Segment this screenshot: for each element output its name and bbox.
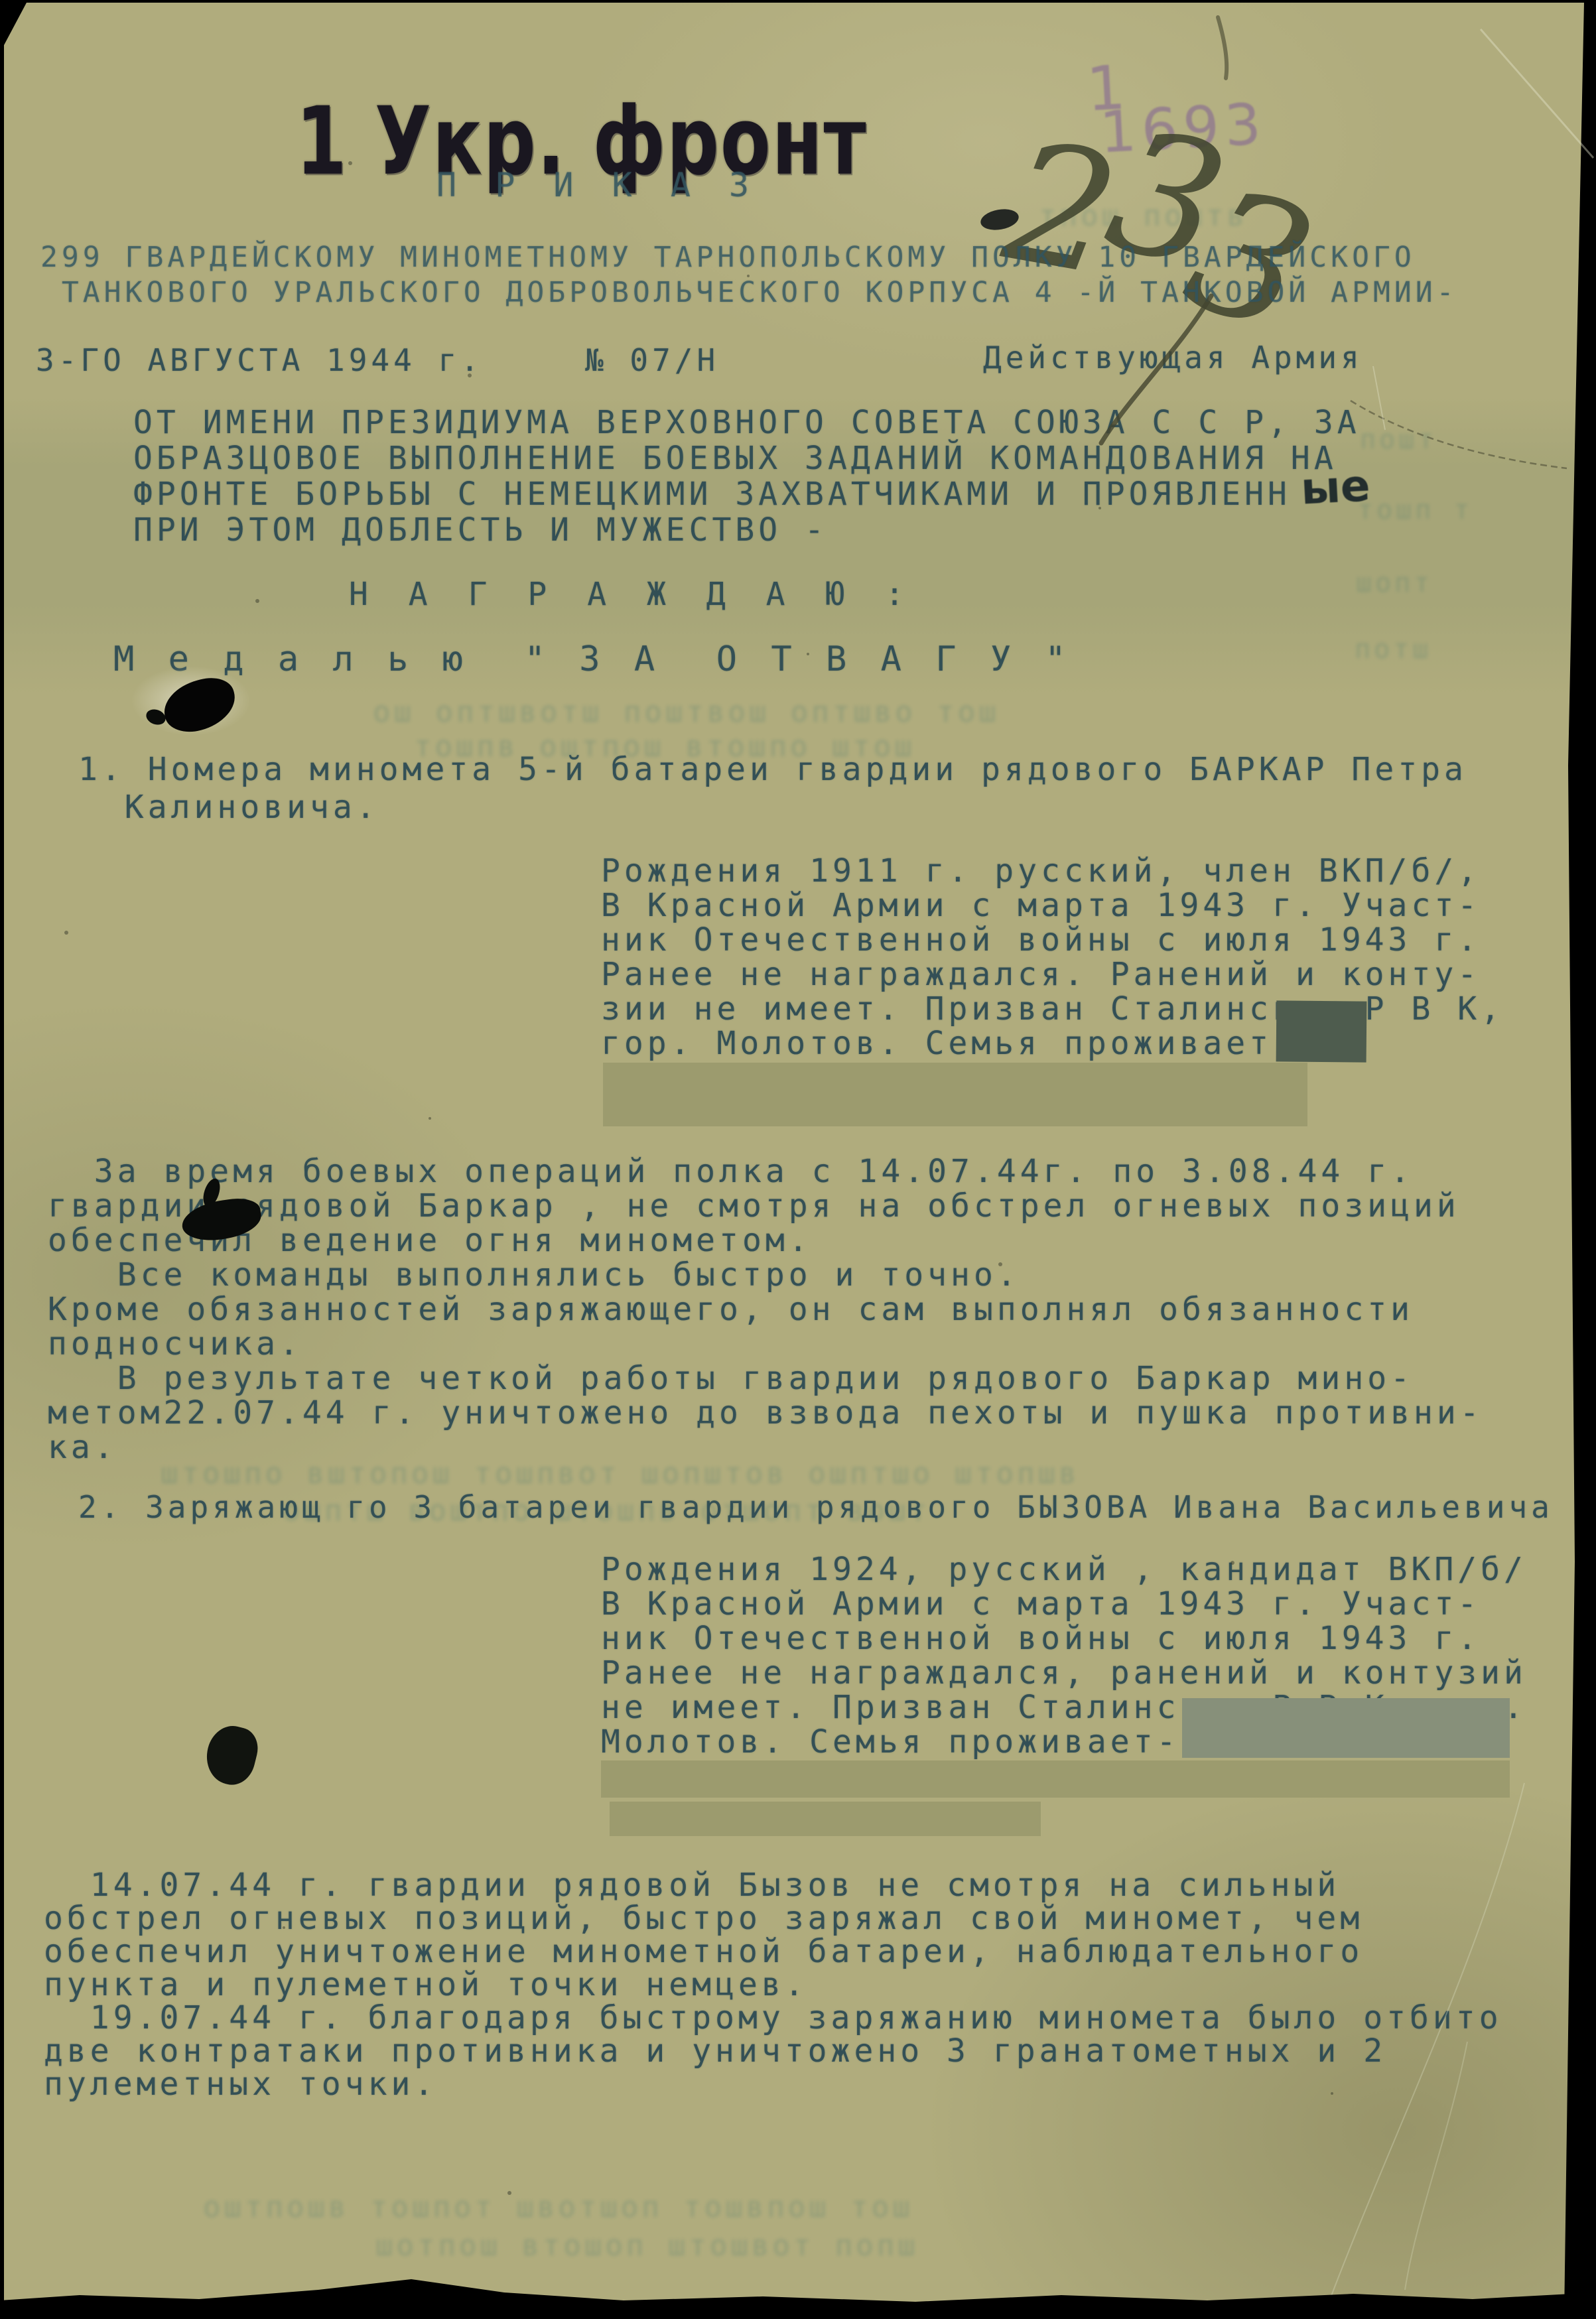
text-line: обстрел огневых позиций, быстро заряжал … bbox=[44, 1902, 1502, 1935]
text-line: две контратаки противника и уничтожено 3… bbox=[44, 2034, 1502, 2068]
bleed-line: пошт bbox=[1360, 425, 1437, 455]
text-line: Кроме обязанностей заряжающего, он сам в… bbox=[48, 1292, 1483, 1327]
award-heading: Н А Г Р А Ж Д А Ю : bbox=[349, 576, 915, 613]
text-line: 299 ГВАРДЕЙСКОМУ МИНОМЕТНОМУ ТАРНОПОЛЬСК… bbox=[40, 240, 1458, 275]
text-line: 14.07.44 г. гвардии рядовой Бызов не смо… bbox=[44, 1869, 1502, 1902]
bleed-line: шотпош втошоп штошвот попш bbox=[375, 2229, 919, 2263]
bleed-line: тошп т bbox=[1357, 495, 1473, 525]
text-line: ФРОНТЕ БОРЬБЫ С НЕМЕЦКИМИ ЗАХВАТЧИКАМИ И… bbox=[133, 476, 1361, 512]
entry-2-title: 2. Заряжающ го 3 батареи гвардии рядовог… bbox=[78, 1489, 1554, 1526]
text-line: 2. Заряжающ го 3 батареи гвардии рядовог… bbox=[78, 1489, 1554, 1526]
text-line: В Красной Армии с марта 1943 г. Участ- bbox=[601, 1587, 1527, 1621]
order-date: 3-ГО АВГУСТА 1944 г. bbox=[36, 342, 483, 378]
text-line: ник Отечественной войны с июля 1943 г. bbox=[601, 923, 1504, 957]
text-line: ОТ ИМЕНИ ПРЕЗИДИУМА ВЕРХОВНОГО СОВЕТА СО… bbox=[133, 405, 1361, 440]
bleed-line: оштпошв тошпот швотшоп тошвпош тош bbox=[203, 2190, 913, 2224]
text-line: ОБРАЗЦОВОЕ ВЫПОЛНЕНИЕ БОЕВЫХ ЗАДАНИЙ КОМ… bbox=[133, 440, 1361, 476]
redaction-block bbox=[603, 1063, 1307, 1126]
text-line: Ранее не награждался, ранений и контузий bbox=[601, 1656, 1527, 1690]
text-line: пулеметных точки. bbox=[44, 2068, 1502, 2101]
text-line: ПРИ ЭТОМ ДОБЛЕСТЬ И МУЖЕСТВО - bbox=[133, 512, 1361, 548]
text-line: обеспечил ведение огня минометом. bbox=[48, 1223, 1483, 1258]
redaction-block bbox=[1182, 1698, 1510, 1758]
army-status: Действующая Армия bbox=[983, 340, 1363, 375]
bleed-line: шопт bbox=[1356, 568, 1433, 598]
text-line: Рождения 1924, русский , кандидат ВКП/б/ bbox=[601, 1552, 1527, 1587]
unit-address-lines: 299 ГВАРДЕЙСКОМУ МИНОМЕТНОМУ ТАРНОПОЛЬСК… bbox=[40, 240, 1458, 310]
entry-1-bio: Рождения 1911 г. русский, член ВКП/б/,В … bbox=[601, 854, 1504, 1061]
order-number: № 07/Н bbox=[585, 342, 719, 378]
redaction-block bbox=[610, 1802, 1041, 1836]
medal-name: М е д а л ь ю " З А О Т В А Г У " bbox=[113, 639, 1073, 679]
bleed-line: потш bbox=[1355, 634, 1431, 665]
text-line: Калиновича. bbox=[78, 789, 1467, 827]
document-page: тпош поштв пошт тошп т шопт потш ош оптш… bbox=[4, 3, 1589, 2316]
text-line: За время боевых операций полка с 14.07.4… bbox=[48, 1154, 1483, 1189]
order-title: П Р И К А З bbox=[436, 166, 758, 204]
text-line: Ранее не награждался. Ранений и конту- bbox=[601, 957, 1504, 992]
entry-2-citation: 14.07.44 г. гвардии рядовой Бызов не смо… bbox=[44, 1869, 1502, 2101]
text-line: подносчика. bbox=[48, 1327, 1483, 1361]
text-line: зии не имеет. Призван Сталинским Р В К, bbox=[601, 992, 1504, 1026]
text-line: пункта и пулеметной точки немцев. bbox=[44, 1968, 1502, 2001]
text-line: ка. bbox=[48, 1430, 1483, 1465]
bleed-line: ош оптшвотш поштвош оптшво тош bbox=[373, 695, 1000, 729]
text-line: Рождения 1911 г. русский, член ВКП/б/, bbox=[601, 854, 1504, 888]
text-line: 19.07.44 г. благодаря быстрому заряжанию… bbox=[44, 2001, 1502, 2034]
text-line: метом22.07.44 г. уничтожено до взвода пе… bbox=[48, 1396, 1483, 1430]
text-line: 1. Номера миномета 5-й батареи гвардии р… bbox=[78, 751, 1467, 789]
text-line: ник Отечественной войны с июля 1943 г. bbox=[601, 1621, 1527, 1656]
text-line: ТАНКОВОГО УРАЛЬСКОГО ДОБРОВОЛЬЧЕСКОГО КО… bbox=[40, 275, 1458, 310]
entry-1-citation: За время боевых операций полка с 14.07.4… bbox=[48, 1154, 1483, 1465]
ink-blot bbox=[200, 1721, 262, 1789]
paper-specks bbox=[4, 3, 7, 5]
text-line: Все команды выполнялись быстро и точно. bbox=[48, 1258, 1483, 1292]
handwritten-correction: ые bbox=[1299, 460, 1371, 514]
text-line: В результате четкой работы гвардии рядов… bbox=[48, 1361, 1483, 1396]
text-line: гвардии рядовой Баркар , не смотря на об… bbox=[48, 1189, 1483, 1223]
text-line: В Красной Армии с марта 1943 г. Участ- bbox=[601, 888, 1504, 923]
redaction-block bbox=[601, 1760, 1510, 1798]
text-line: обеспечил уничтожение минометной батареи… bbox=[44, 1935, 1502, 1968]
redaction-block bbox=[1276, 1000, 1367, 1062]
entry-1-title: 1. Номера миномета 5-й батареи гвардии р… bbox=[78, 751, 1467, 827]
preamble: ОТ ИМЕНИ ПРЕЗИДИУМА ВЕРХОВНОГО СОВЕТА СО… bbox=[133, 405, 1361, 548]
text-line: гор. Молотов. Семья проживает- bbox=[601, 1026, 1504, 1061]
